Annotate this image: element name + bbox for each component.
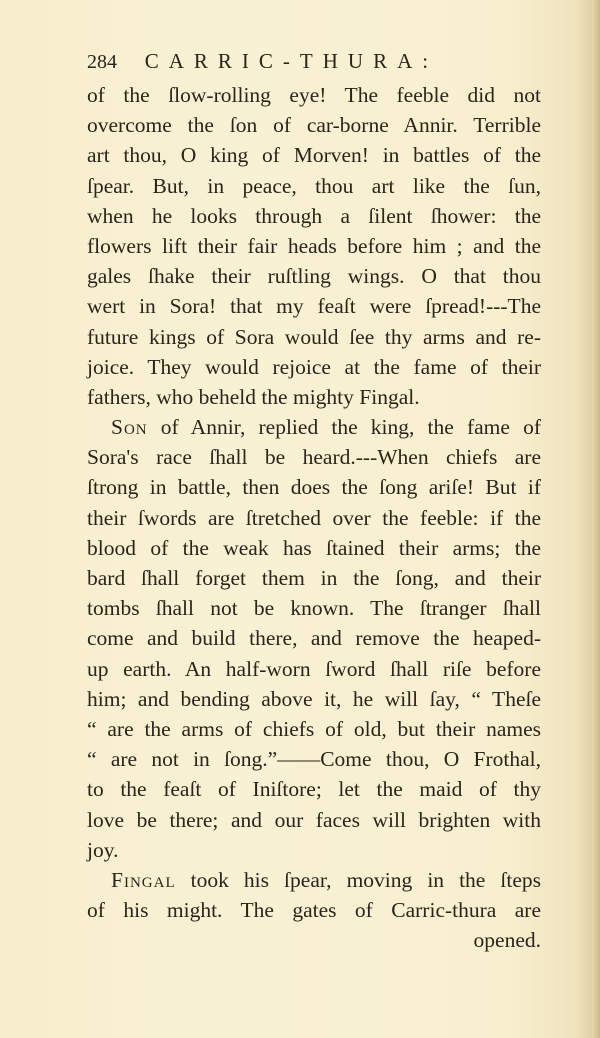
text-line: blood of the weak has ſtained their arms… <box>87 533 541 563</box>
text-line: flowers lift their fair heads before him… <box>87 231 541 261</box>
text-line: joy. <box>87 835 541 865</box>
text-line: overcome the ſon of car-borne Annir. Ter… <box>87 110 541 140</box>
text-line: of his might. The gates of Carric-thura … <box>87 895 541 925</box>
text-line: opened. <box>87 925 541 955</box>
text-line: when he looks through a ſilent ſhower: t… <box>87 201 541 231</box>
text-line: Sora's race ſhall be heard.---When chief… <box>87 442 541 472</box>
page-edge <box>592 0 600 1038</box>
book-page: 284 CARRIC-THURA: of the ſlow-rolling ey… <box>0 0 600 1038</box>
page-number: 284 <box>87 51 117 73</box>
text-line: to the feaſt of Iniſtore; let the maid o… <box>87 774 541 804</box>
text-line: ſpear. But, in peace, thou art like the … <box>87 171 541 201</box>
text-line: wert in Sora! that my feaſt were ſpread!… <box>87 291 541 321</box>
text-line: “ are not in ſong.”——Come thou, O Frotha… <box>87 744 541 774</box>
paragraph-first-line: Son of Annir, replied the king, the fame… <box>87 412 541 442</box>
small-caps-lead: Son <box>111 415 148 439</box>
text-line: art thou, O king of Morven! in battles o… <box>87 140 541 170</box>
text-line: of the ſlow-rolling eye! The feeble did … <box>87 80 541 110</box>
text-line: future kings of Sora would ſee thy arms … <box>87 322 541 352</box>
text-line: bard ſhall forget them in the ſong, and … <box>87 563 541 593</box>
text-line: fathers, who beheld the mighty Fingal. <box>87 382 541 412</box>
text-line: love be there; and our faces will bright… <box>87 805 541 835</box>
text-line: their ſwords are ſtretched over the feeb… <box>87 503 541 533</box>
text-line: come and build there, and remove the hea… <box>87 623 541 653</box>
text-line: joice. They would rejoice at the fame of… <box>87 352 541 382</box>
text-fragment: of Annir, replied the king, the fame of <box>148 415 541 439</box>
text-line: gales ſhake their ruſtling wings. O that… <box>87 261 541 291</box>
paragraph-first-line: Fingal took his ſpear, moving in the ſte… <box>87 865 541 895</box>
running-title: CARRIC-THURA: <box>145 49 438 73</box>
text-line: up earth. An half-worn ſword ſhall riſe … <box>87 654 541 684</box>
text-line: tombs ſhall not be known. The ſtranger ſ… <box>87 593 541 623</box>
text-line: “ are the arms of chiefs of old, but the… <box>87 714 541 744</box>
running-header: 284 CARRIC-THURA: <box>87 46 527 77</box>
small-caps-lead: Fingal <box>111 868 176 892</box>
text-line: ſtrong in battle, then does the ſong ari… <box>87 472 541 502</box>
text-fragment: took his ſpear, moving in the ſteps <box>176 868 541 892</box>
body-text: of the ſlow-rolling eye! The feeble did … <box>87 80 541 955</box>
text-line: him; and bending above it, he will ſay, … <box>87 684 541 714</box>
